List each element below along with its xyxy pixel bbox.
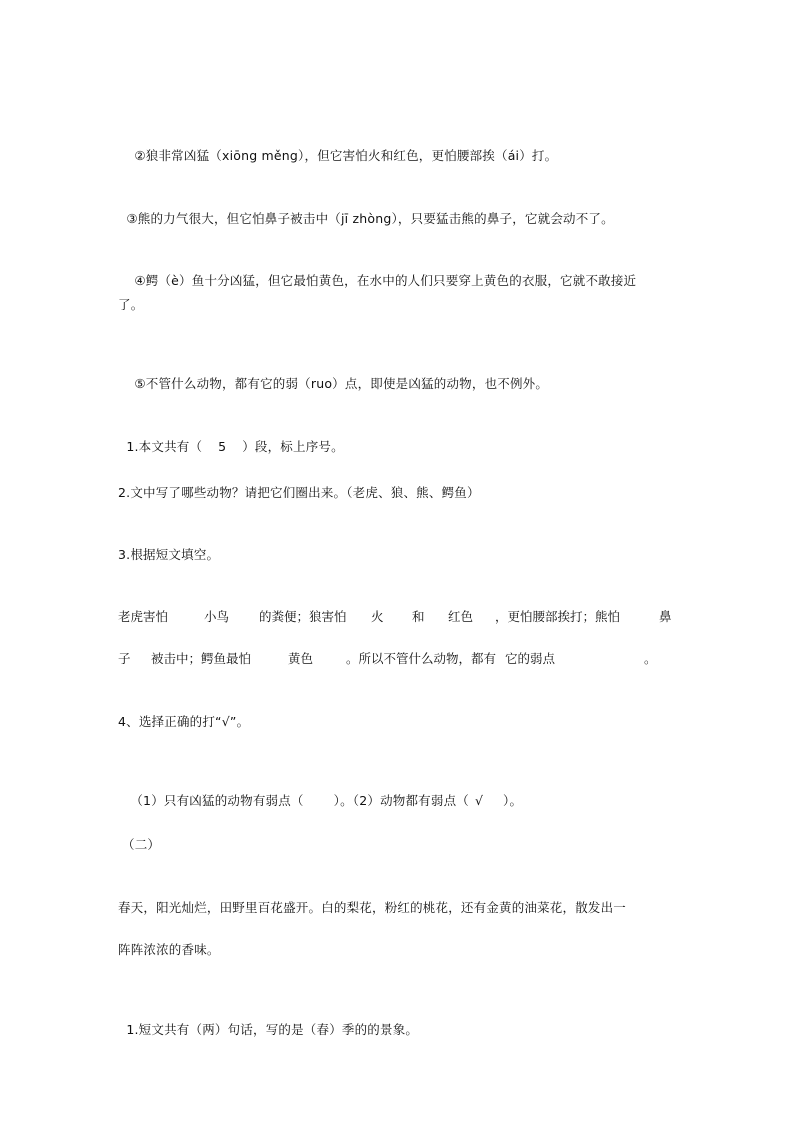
- question-2: 2.文中写了哪些动物？请把它们圈出来。（老虎、狼、熊、鳄鱼）: [118, 484, 480, 502]
- fill-answer-4-part2[interactable]: 子: [118, 650, 131, 668]
- question-3-title: 3.根据短文填空。: [118, 546, 219, 564]
- question-4-title: 4、选择正确的打“√”。: [118, 713, 249, 731]
- passage-two-line-2: 阵阵浓浓的香味。: [118, 941, 220, 959]
- fill-text: 。所以不管什么动物，都有: [346, 650, 496, 668]
- paragraph-text: 狼非常凶猛（xiōng měng），但它害怕火和红色，更怕腰部挨（ái）打。: [146, 148, 558, 163]
- question-1: 1.本文共有（5）段，标上序号。: [118, 420, 344, 456]
- paragraph-3: ③熊的力气很大，但它怕鼻子被击中（jī zhòng），只要猛击熊的鼻子，它就会动…: [118, 192, 614, 228]
- fill-answer-6[interactable]: 它的弱点: [505, 650, 555, 668]
- fill-text: 被击中；鳄鱼最怕: [151, 650, 251, 668]
- option-1-label: （1）只有凶猛的动物有弱点（: [130, 793, 303, 808]
- paragraph-number: ③: [126, 211, 137, 226]
- answer-2[interactable]: 春: [317, 1022, 330, 1037]
- paragraph-text: 熊的力气很大，但它怕鼻子被击中（jī zhòng），只要猛击熊的鼻子，它就会动不…: [138, 211, 614, 226]
- fill-answer-1[interactable]: 小鸟: [204, 608, 229, 626]
- paragraph-5: ⑤不管什么动物，都有它的弱（ruo）点，即使是凶猛的动物，也不例外。: [126, 357, 548, 393]
- question-1-answer[interactable]: 5: [202, 438, 242, 456]
- passage-two-question-1: 1.短文共有（两）句话，写的是（春）季的的景象。: [118, 1003, 418, 1039]
- paragraph-4-continuation: 了。: [118, 296, 143, 314]
- paragraph-number: ⑤: [134, 376, 145, 391]
- fill-text: 老虎害怕: [118, 608, 168, 626]
- paragraph-text: 鳄（è）鱼十分凶猛，但它最怕黄色，在水中的人们只要穿上黄色的衣服，它就不敢接近: [146, 273, 637, 288]
- option-2-label: （2）动物都有弱点（: [353, 793, 469, 808]
- fill-answer-2[interactable]: 火: [371, 608, 384, 626]
- question-middle: ）句话，写的是（: [215, 1022, 317, 1037]
- question-3-line-2: 子 被击中；鳄鱼最怕 黄色 。所以不管什么动物，都有 它的弱点 。: [118, 650, 678, 668]
- question-4-options: （1）只有凶猛的动物有弱点（）。（2）动物都有弱点（√）。: [122, 774, 522, 810]
- paragraph-4: ④鳄（è）鱼十分凶猛，但它最怕黄色，在水中的人们只要穿上黄色的衣服，它就不敢接近: [126, 254, 636, 290]
- fill-text: 的粪便；狼害怕: [259, 608, 347, 626]
- fill-text: 和: [412, 608, 425, 626]
- option-2-close: ）。: [503, 793, 522, 808]
- fill-answer-3[interactable]: 红色: [448, 608, 473, 626]
- paragraph-number: ④: [134, 273, 145, 288]
- fill-text: ，更怕腰部挨打；熊怕: [495, 608, 620, 626]
- paragraph-2: ②狼非常凶猛（xiōng měng），但它害怕火和红色，更怕腰部挨（ái）打。: [126, 129, 557, 165]
- passage-two-line-1: 春天，阳光灿烂，田野里百花盛开。白的梨花，粉红的桃花，还有金黄的油菜花，散发出一: [118, 899, 626, 917]
- question-prefix: 1.短文共有（: [126, 1022, 202, 1037]
- paragraph-number: ②: [134, 148, 145, 163]
- fill-text: 。: [644, 650, 657, 668]
- question-1-prefix: 1.本文共有（: [126, 439, 202, 454]
- fill-answer-5[interactable]: 黄色: [288, 650, 313, 668]
- question-3-line-1: 老虎害怕 小鸟 的粪便；狼害怕 火 和 红色 ，更怕腰部挨打；熊怕 鼻: [118, 608, 678, 626]
- option-1-close: ）。: [334, 793, 353, 808]
- question-suffix: ）季的的景象。: [329, 1022, 418, 1037]
- question-1-suffix: ）段，标上序号。: [242, 439, 344, 454]
- answer-1[interactable]: 两: [202, 1022, 215, 1037]
- paragraph-text: 不管什么动物，都有它的弱（ruo）点，即使是凶猛的动物，也不例外。: [146, 376, 548, 391]
- option-2-answer[interactable]: √: [469, 792, 503, 810]
- section-heading: （二）: [122, 836, 160, 854]
- fill-answer-4-part1[interactable]: 鼻: [659, 608, 672, 626]
